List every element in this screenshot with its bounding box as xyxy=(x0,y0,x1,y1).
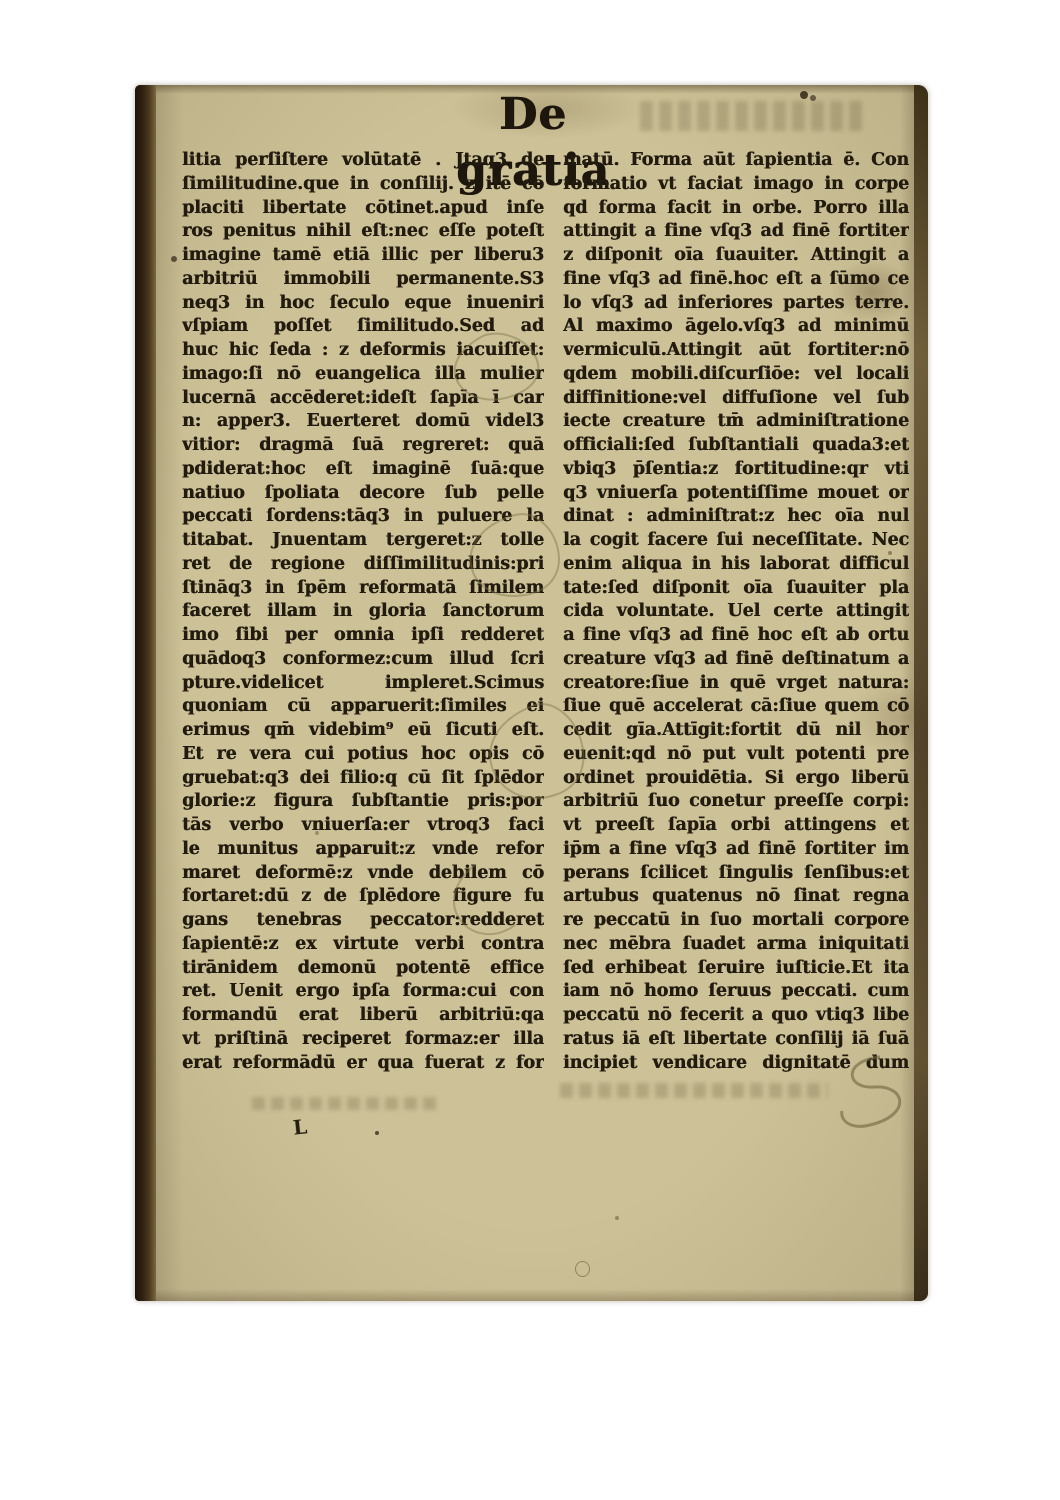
text-line: Et re vera cui potius hoc opis cō xyxy=(182,743,544,767)
text-line: ret de regione diſſimilitudinis:pri xyxy=(182,553,544,577)
text-line: attingit a fine vſq3 ad finē fortiter xyxy=(563,220,909,244)
text-line: le munitus apparuit:z vnde refor xyxy=(182,838,544,862)
text-line: formandū erat liberū arbitriū:qa xyxy=(182,1004,544,1028)
text-line: peccatū nō fecerit a quo vtiq3 libe xyxy=(563,1004,909,1028)
text-line: ip̄m a fine vſq3 ad finē fortiter im xyxy=(563,838,909,862)
text-column-left: litia perſiſtere volūtatē . Jtaq3 deſimi… xyxy=(182,149,544,1075)
text-line: pdiderat:hoc eſt imaginē ſuā:que xyxy=(182,458,544,482)
text-line: dinat : adminiſtrat:z hec oīa nul xyxy=(563,505,909,529)
text-line: ros penitus nihil eſt:nec eſſe poteſt xyxy=(182,220,544,244)
text-line: euenit:qd nō put vult potenti pre xyxy=(563,743,909,767)
text-line: la cogit facere ſui neceſſitate. Nec xyxy=(563,529,909,553)
text-line: fortaret:dū z de ſplēdore figure fu xyxy=(182,885,544,909)
text-line: arbitriū ſuo conetur preeſſe corpi: xyxy=(563,790,909,814)
page-title: De gratia xyxy=(418,87,648,143)
scan-backdrop: De gratia litia perſiſtere volūtatē . Jt… xyxy=(0,0,1060,1500)
page-right-edge xyxy=(914,85,928,1301)
text-line: placiti libertate cōtinet.apud inſe xyxy=(182,197,544,221)
text-line: ſed erhibeat ſeruire iuſticie.Et ita xyxy=(563,957,909,981)
text-line: ratus iā eſt libertate conſilij iā ſuā xyxy=(563,1028,909,1052)
text-line: matū. Forma aūt ſapientia ē. Con xyxy=(563,149,909,173)
showthrough-bottom-left xyxy=(252,1097,437,1110)
text-line: vt preeſt ſapīa orbi attingens et xyxy=(563,814,909,838)
text-line: officiali:ſed ſubſtantiali quada3:et xyxy=(563,434,909,458)
text-line: natiuo ſpoliata decore ſub pelle xyxy=(182,482,544,506)
book-page: De gratia litia perſiſtere volūtatē . Jt… xyxy=(135,85,928,1301)
text-line: creatore:ſiue in quē vrget natura: xyxy=(563,672,909,696)
text-line: incipiet vendicare dignitatē dum xyxy=(563,1052,909,1076)
text-line: vt priſtinā reciperet formaz:er illa xyxy=(182,1028,544,1052)
text-line: quoniam cū apparuerit:ſimiles ei xyxy=(182,695,544,719)
text-line: lo vſq3 ad inferiores partes terre. xyxy=(563,292,909,316)
showthrough-bottom-right xyxy=(560,1083,828,1098)
text-line: pture.videlicet impleret.Scimus xyxy=(182,672,544,696)
text-line: lucernā accēderet:ideſt ſapīa ī car xyxy=(182,387,544,411)
text-line: ſtināq3 in ſpēm reformatā ſimilem xyxy=(182,577,544,601)
text-line: vitior: dragmā ſuā regreret: quā xyxy=(182,434,544,458)
text-line: ſiue quē accelerat cā:ſiue quem cō xyxy=(563,695,909,719)
text-line: gans tenebras peccator:redderet xyxy=(182,909,544,933)
text-line: litia perſiſtere volūtatē . Jtaq3 de xyxy=(182,149,544,173)
text-line: z diſponit oīa ſuauiter. Attingit a xyxy=(563,244,909,268)
ink-mark: L xyxy=(292,1114,308,1139)
text-line: fine vſq3 ad finē.hoc eſt a ſūmo ce xyxy=(563,268,909,292)
text-line: ſimilitudine.que in conſilij. z itē cō xyxy=(182,173,544,197)
text-line: qd forma facit in orbe. Porro illa xyxy=(563,197,909,221)
text-line: maret deformē:z vnde debilem cō xyxy=(182,862,544,886)
text-line: creature vſq3 ad finē deſtinatum a xyxy=(563,648,909,672)
text-line: formatio vt faciat imago in corpe xyxy=(563,173,909,197)
text-line: tirānidem demonū potentē effice xyxy=(182,957,544,981)
binding-edge xyxy=(135,85,156,1301)
text-line: arbitriū immobili permanente.S3 xyxy=(182,268,544,292)
text-line: faceret illam in gloria ſanctorum xyxy=(182,600,544,624)
text-line: imagine tamē etiā illic per liberu3 xyxy=(182,244,544,268)
text-line: perans ſcilicet ſingulis ſenſibus:et xyxy=(563,862,909,886)
text-line: nec mēbra ſuadet arma iniquitati xyxy=(563,933,909,957)
text-line: glorie:z figura ſubſtantie pris:por xyxy=(182,790,544,814)
text-line: erimus qm̄ videbim⁹ eū ſicuti eſt. xyxy=(182,719,544,743)
text-line: erat reformādū er qua fuerat z for xyxy=(182,1052,544,1076)
text-line: tate:ſed diſponit oīa ſuauiter pla xyxy=(563,577,909,601)
foxing-specks xyxy=(375,1131,379,1135)
text-line: peccati ſordens:tāq3 in puluere la xyxy=(182,505,544,529)
text-line: artubus quatenus nō ſinat regna xyxy=(563,885,909,909)
text-line: vermiculū.Attingit aūt fortiter:nō xyxy=(563,339,909,363)
text-line: gruebat:q3 dei filio:q cū ſit ſplēdor xyxy=(182,767,544,791)
text-line: huc hic ſeda : z deformis iacuiſſet: xyxy=(182,339,544,363)
text-line: vbiq3 p̄ſentia:z fortitudine:qr vti xyxy=(563,458,909,482)
showthrough-header xyxy=(640,101,865,131)
text-line: a fine vſq3 ad finē hoc eſt ab ortu xyxy=(563,624,909,648)
text-line: n: apper3. Euerteret domū videl3 xyxy=(182,410,544,434)
text-line: tās verbo vniuerſa:er vtroq3 faci xyxy=(182,814,544,838)
text-line: Al maximo āgelo.vſq3 ad minimū xyxy=(563,315,909,339)
text-line: imo ſibi per omnia ipſi redderet xyxy=(182,624,544,648)
text-line: ſapientē:z ex virtute verbi contra xyxy=(182,933,544,957)
text-line: imago:ſi nō euangelica illa mulier xyxy=(182,363,544,387)
text-column-right: matū. Forma aūt ſapientia ē. Conformatio… xyxy=(563,149,909,1075)
text-line: neq3 in hoc ſeculo eque inueniri xyxy=(182,292,544,316)
text-line: q3 vniuerſa potentiſſime mouet or xyxy=(563,482,909,506)
text-line: diffinitione:vel diffuſione vel ſub xyxy=(563,387,909,411)
text-line: titabat. Jnuentam tergeret:z tolle xyxy=(182,529,544,553)
text-line: cida voluntate. Uel certe attingit xyxy=(563,600,909,624)
text-line: iecte creature tm̄ adminiſtratione xyxy=(563,410,909,434)
circle-mark xyxy=(575,1261,590,1277)
text-line: qdem mobili.diſcurſiōe: vel locali xyxy=(563,363,909,387)
text-line: vſpiam poſſet ſimilitudo.Sed ad xyxy=(182,315,544,339)
text-line: ordinet prouidētia. Si ergo liberū xyxy=(563,767,909,791)
text-line: iam nō homo ſeruus peccati. cum xyxy=(563,980,909,1004)
text-line: cedit gīa.Attīgit:fortit dū nil hor xyxy=(563,719,909,743)
text-line: ret. Uenit ergo ipſa forma:cui con xyxy=(182,980,544,1004)
text-line: quādoq3 conformez:cum illud ſcri xyxy=(182,648,544,672)
text-line: enim aliqua in his laborat difficul xyxy=(563,553,909,577)
text-line: re peccatū in ſuo mortali corpore xyxy=(563,909,909,933)
